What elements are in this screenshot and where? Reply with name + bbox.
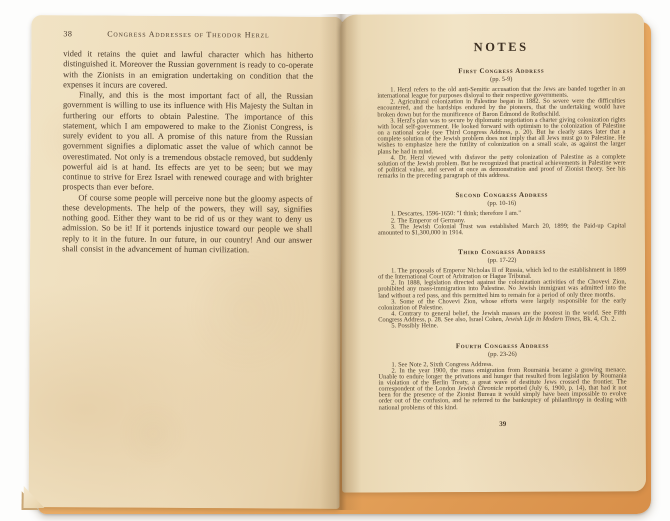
body-paragraph: Of course some people will perceive none… bbox=[62, 193, 312, 256]
notes-title: NOTES bbox=[377, 39, 625, 55]
body-paragraph: vided it retains the quiet and lawful ch… bbox=[63, 49, 313, 92]
note-item: 3. Herzl's plan was to secure by diploma… bbox=[377, 117, 625, 155]
notes-sections: First Congress Address(pp. 5-9)1. Herzl … bbox=[377, 66, 626, 411]
notes-section: Fourth Congress Address(pp. 23-26)1. See… bbox=[378, 341, 626, 411]
section-page-range: (pp. 10-16) bbox=[378, 200, 626, 208]
note-item: 3. The Jewish Colonial Trust was establi… bbox=[378, 223, 626, 236]
section-heading: Fourth Congress Address bbox=[378, 341, 626, 350]
left-page-header: 38 Congress Addresses of Theodor Herzl bbox=[63, 29, 313, 45]
right-page: NOTES First Congress Address(pp. 5-9)1. … bbox=[340, 13, 646, 492]
section-heading: Third Congress Address bbox=[378, 247, 626, 256]
body-paragraph: Finally, and this is the most important … bbox=[62, 90, 313, 194]
note-item: 2. In the year 1900, the mass emigration… bbox=[379, 367, 627, 411]
section-page-range: (pp. 17-22) bbox=[378, 256, 626, 264]
book-photo: 38 Congress Addresses of Theodor Herzl v… bbox=[0, 0, 670, 521]
note-item: 2. In 1888, legislation directed against… bbox=[378, 280, 626, 300]
section-page-range: (pp. 23-26) bbox=[378, 350, 626, 358]
right-page-number: 39 bbox=[379, 419, 627, 428]
notes-section: First Congress Address(pp. 5-9)1. Herzl … bbox=[377, 66, 625, 179]
notes-section: Second Congress Address(pp. 10-16)1. Des… bbox=[378, 191, 626, 237]
note-item: 4. Dr. Herzl viewed with disfavor the pe… bbox=[378, 154, 626, 180]
left-page: 38 Congress Addresses of Theodor Herzl v… bbox=[29, 15, 343, 509]
section-heading: First Congress Address bbox=[377, 66, 625, 75]
note-item: 5. Possibly Heine. bbox=[378, 323, 626, 330]
left-page-body: vided it retains the quiet and lawful ch… bbox=[62, 49, 313, 256]
notes-section: Third Congress Address(pp. 17-22)1. The … bbox=[378, 247, 626, 330]
note-item: 2. Agricultural colonization in Palestin… bbox=[377, 99, 625, 119]
dog-ear-fold bbox=[21, 483, 51, 510]
section-heading: Second Congress Address bbox=[378, 191, 626, 200]
section-page-range: (pp. 5-9) bbox=[377, 75, 625, 83]
running-title: Congress Addresses of Theodor Herzl bbox=[63, 29, 313, 40]
